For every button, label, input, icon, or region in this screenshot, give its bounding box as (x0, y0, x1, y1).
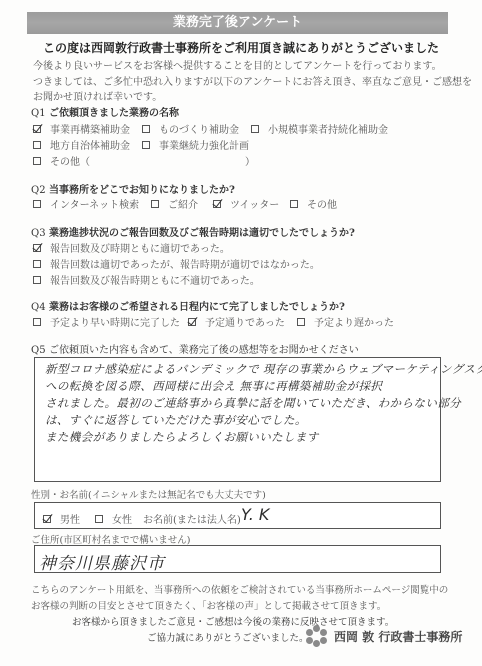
name-field-value[interactable]: Y. K (241, 505, 269, 524)
q1-option-other[interactable]: その他（ (33, 153, 90, 168)
checkbox-checked-icon[interactable] (188, 318, 196, 326)
q1-option-monozukuri[interactable]: ものづくり補助金 (142, 121, 239, 136)
office-logo-icon (306, 625, 328, 647)
q1-question: Q1ご依頼頂きました業務の名称 (31, 104, 179, 119)
q2-option-twitter[interactable]: ツイッター (213, 196, 279, 211)
q3-option-timing-inappropriate[interactable]: 報告回数は適切であったが、報告時期が適切ではなかった。 (33, 256, 320, 271)
checkbox-icon[interactable] (297, 318, 305, 326)
name-field-label: お名前(または法人名) (143, 511, 241, 526)
checkbox-icon[interactable] (33, 276, 41, 284)
q4-option-late[interactable]: 予定より遅かった (297, 314, 394, 329)
answer-line-1: 新型コロナ感染症によるパンデミックで 現存の事業からウェブマーケティングスクール (45, 361, 482, 377)
checkbox-icon[interactable] (151, 200, 159, 208)
gender-male-option[interactable]: 男性 (43, 511, 80, 526)
intro-line-3: お聞かせ頂ければ幸いです。 (33, 88, 162, 103)
checkbox-icon[interactable] (251, 125, 259, 133)
checkbox-icon[interactable] (142, 141, 150, 149)
q1-option-shokibo[interactable]: 小規模事業者持続化補助金 (251, 121, 388, 136)
q4-option-on-schedule[interactable]: 予定通りであった (188, 314, 285, 329)
form-title-bar: 業務完了後アンケート (27, 12, 448, 34)
office-name: 西岡 敦 行政書士事務所 (334, 628, 462, 645)
q4-question: Q4業務はお客様のご希望される日程内にて完了しましたでしょうか? (31, 298, 345, 313)
checkbox-icon[interactable] (142, 125, 150, 133)
answer-line-3: されました。最初のご連絡事から真摯に話を聞いていただき、わからない部分 (45, 395, 461, 411)
checkbox-icon[interactable] (290, 200, 298, 208)
address-section-label: ご住所(市区町村名までで構いません) (31, 532, 190, 546)
q3-option-both-inappropriate[interactable]: 報告回数及び報告時期ともに不適切であった。 (33, 272, 260, 287)
q2-question: Q2当事務所をどこでお知りになりましたか? (31, 181, 235, 196)
checkbox-icon[interactable] (33, 260, 41, 268)
answer-line-4: は、すぐに返答していただけた事が安心でした。 (45, 412, 307, 428)
q1-text: ご依頼頂きました業務の名称 (49, 108, 179, 119)
lead-message: この度は西岡敦行政書士事務所をご利用頂き誠にありがとうございました (0, 39, 482, 56)
checkbox-checked-icon[interactable] (213, 200, 221, 208)
footer-thanks: ご協力誠にありがとうございました。 (147, 630, 309, 644)
q3-question: Q3業務進捗状況のご報告回数及びご報告時期は適切でしたでしょうか? (31, 224, 355, 239)
gender-female-option[interactable]: 女性 (95, 511, 132, 526)
checkbox-icon[interactable] (33, 318, 41, 326)
checkbox-icon[interactable] (33, 200, 41, 208)
intro-line-1: 今後より良いサービスをお客様へ提供することを目的としてアンケートを行っております… (33, 57, 442, 72)
checkbox-icon[interactable] (33, 141, 41, 149)
q2-option-internet[interactable]: インターネット検索 (33, 196, 139, 211)
footer-notice-line-1: こちらのアンケート用紙を、当事務所への依頼をご検討されている当事務所ホームページ… (31, 582, 448, 596)
checkbox-icon[interactable] (33, 157, 41, 165)
footer-reflect: お客様から頂きましたご意見・ご感想は今後の業務に反映させて頂きます。 (72, 614, 394, 628)
address-field-value: 神奈川県藤沢市 (39, 549, 165, 574)
q5-answer-box[interactable]: 新型コロナ感染症によるパンデミックで 現存の事業からウェブマーケティングスクール… (34, 357, 441, 482)
q2-option-referral[interactable]: ご紹介 (151, 196, 198, 211)
footer-notice-line-2: お客様の判断の目安とさせて頂きたく、「お客様の声」として掲載させて頂きます。 (31, 598, 386, 612)
name-section-label: 性別・お名前(イニシャルまたは無記名でも大丈夫です) (31, 487, 266, 501)
answer-line-2: への転換を図る際、西岡様に出会え 無事に再構築補助金が採択 (45, 378, 382, 394)
q1-option-jigyo-keizoku[interactable]: 事業継続力強化計画 (142, 137, 249, 152)
q3-option-appropriate[interactable]: 報告回数及び時期ともに適切であった。 (33, 240, 230, 255)
q1-other-close-paren: ） (245, 153, 255, 168)
q2-option-other[interactable]: その他 (290, 196, 337, 211)
q1-option-jigyo-saikouchiku[interactable]: 事業再構築補助金 (33, 121, 130, 136)
answer-line-5: また機会がありましたらよろしくお願いいたします (45, 429, 319, 445)
address-box[interactable]: 神奈川県藤沢市 (34, 545, 441, 573)
q5-question: Q5ご依頼頂いた内容も含めて、業務完了後の感想等をお聞かせください (31, 341, 359, 356)
q1-option-chiho-jichitai[interactable]: 地方自治体補助金 (33, 137, 130, 152)
checkbox-checked-icon[interactable] (33, 244, 41, 252)
checkbox-checked-icon[interactable] (43, 515, 51, 523)
q1-number: Q1 (31, 108, 49, 119)
name-box: 男性 女性 お名前(または法人名) Y. K (34, 502, 441, 529)
checkbox-checked-icon[interactable] (33, 125, 41, 133)
checkbox-icon[interactable] (95, 515, 103, 523)
q4-option-early[interactable]: 予定より早い時期に完了した (33, 314, 180, 329)
intro-line-2: つきましては、ご多忙中恐れ入りますが以下のアンケートにお答え頂き、率直なご意見・… (33, 73, 472, 88)
